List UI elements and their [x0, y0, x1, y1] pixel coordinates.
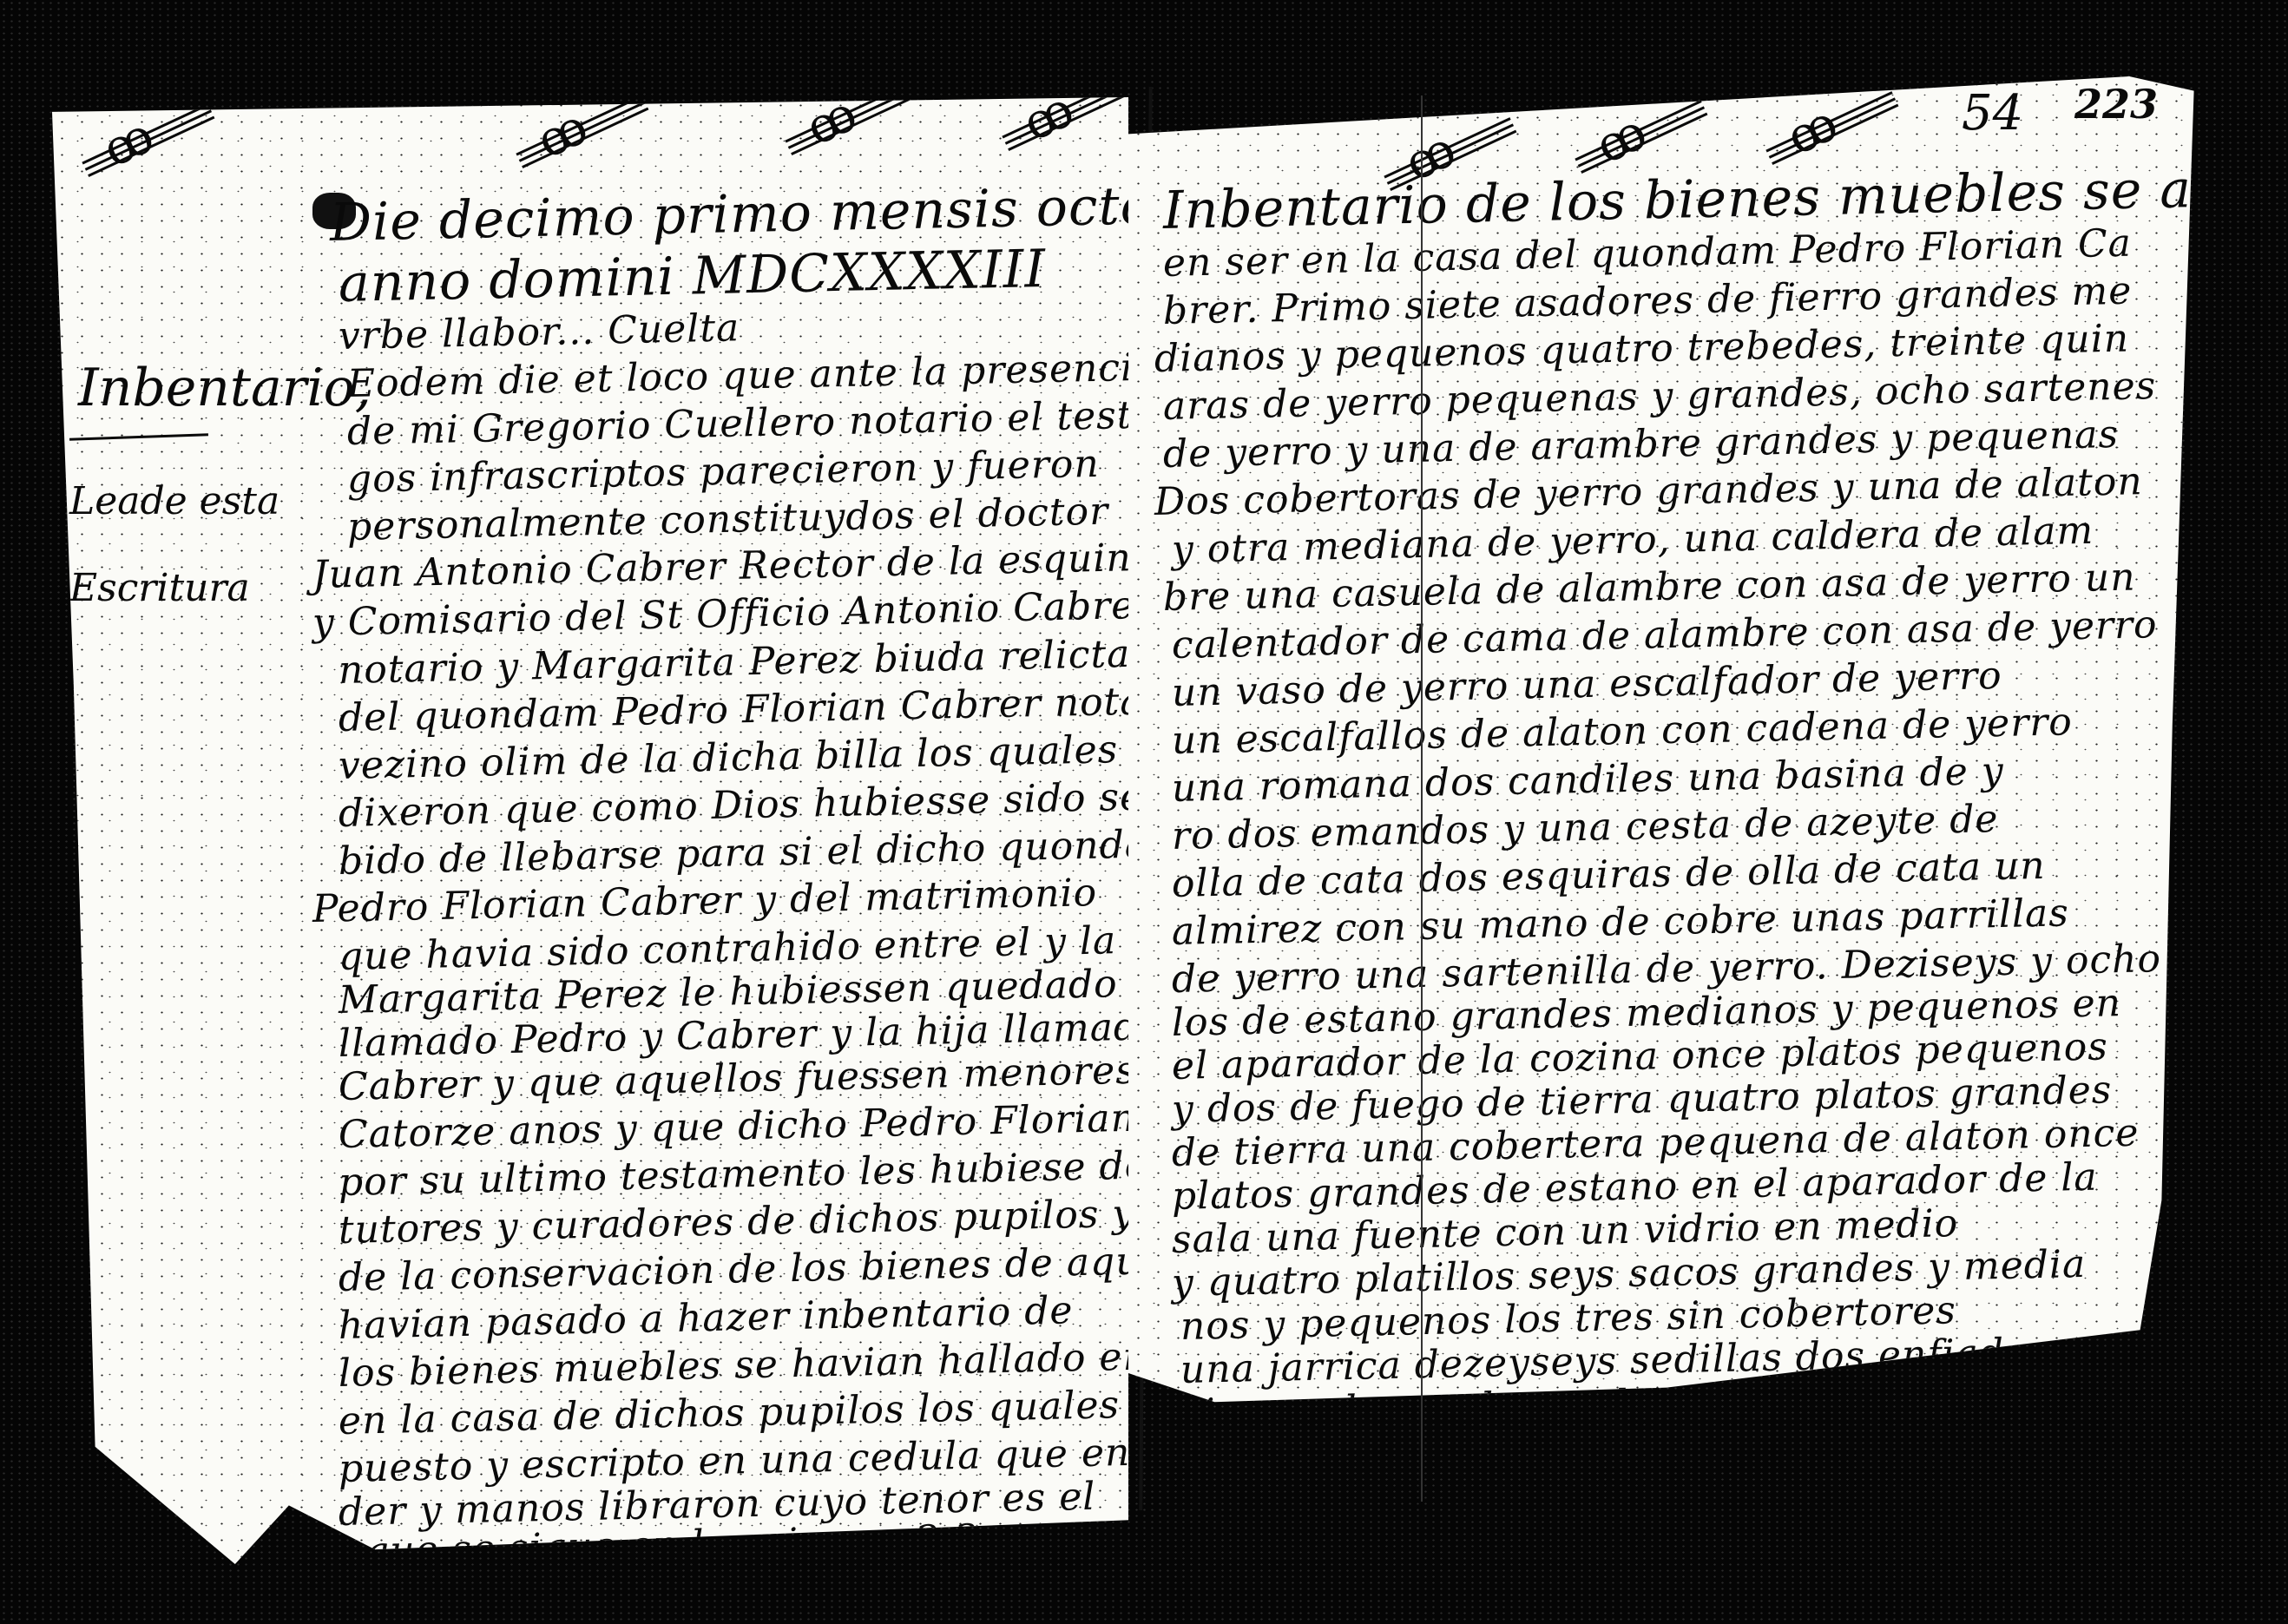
left-manuscript-page: ꝏ ꝏ ꝏ ꝏ Inbentario, Leade esta Escritura… — [52, 97, 1128, 1564]
ruled-margin-line — [1421, 95, 1423, 1502]
text-line: vrbe llabor... Cuelta — [338, 306, 740, 358]
left-page-text: Die decimo primo mensis octobris anno do… — [52, 97, 1128, 1564]
right-manuscript-page: ꝏ ꝏ ꝏ 54 223 Inbentario de los bienes mu… — [1128, 76, 2205, 1517]
text-line: estano cinco ollas de cobre grandes medi… — [1180, 1417, 2041, 1479]
right-page-text: Inbentario de los bienes muebles se an h… — [1128, 76, 2205, 1517]
